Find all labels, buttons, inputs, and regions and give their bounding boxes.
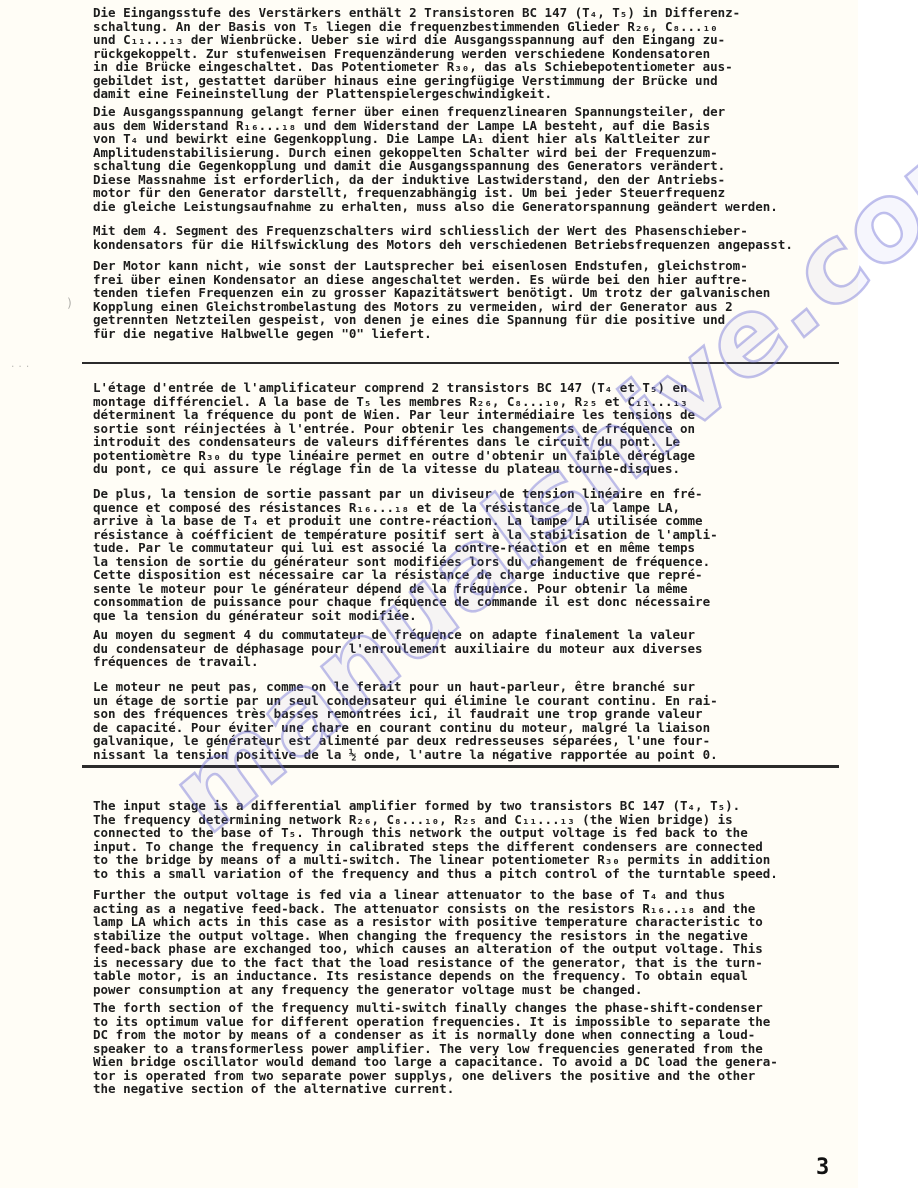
- page-number: 3: [816, 1155, 829, 1180]
- scan-speck: ...: [10, 360, 32, 370]
- english-paragraph-1: The input stage is a differential amplif…: [93, 799, 778, 880]
- section-divider-german-french: [82, 362, 839, 364]
- english-paragraph-3: The forth section of the frequency multi…: [93, 1001, 778, 1096]
- french-paragraph-4: Le moteur ne peut pas, comme on le ferai…: [93, 680, 718, 761]
- german-paragraph-1: Die Eingangsstufe des Verstärkers enthäl…: [93, 6, 740, 101]
- french-paragraph-1: L'étage d'entrée de l'amplificateur comp…: [93, 381, 695, 476]
- scan-speck: ): [66, 296, 73, 310]
- german-paragraph-4: Der Motor kann nicht, wie sonst der Laut…: [93, 259, 770, 340]
- german-paragraph-3: Mit dem 4. Segment des Frequenzschalters…: [93, 224, 793, 251]
- english-paragraph-2: Further the output voltage is fed via a …: [93, 888, 763, 996]
- french-paragraph-2: De plus, la tension de sortie passant pa…: [93, 487, 718, 622]
- german-paragraph-2: Die Ausgangsspannung gelangt ferner über…: [93, 105, 778, 213]
- scan-speck: ': [566, 22, 573, 35]
- scanned-manual-page: Die Eingangsstufe des Verstärkers enthäl…: [0, 0, 918, 1188]
- french-paragraph-3: Au moyen du segment 4 du commutateur de …: [93, 628, 703, 669]
- section-divider-french-english: [82, 765, 839, 768]
